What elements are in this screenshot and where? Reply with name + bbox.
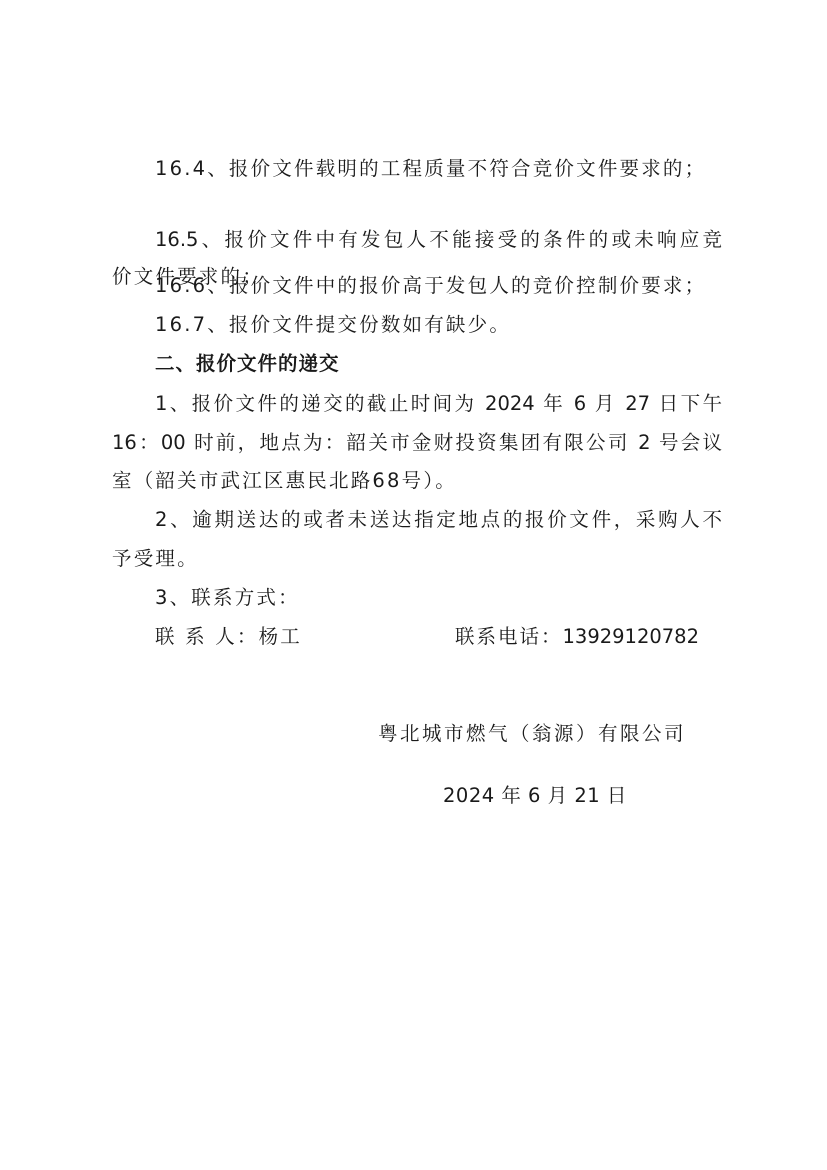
contact-phone-number: 13929120782 xyxy=(563,625,699,648)
paragraph-1-line2: 16：00 时前，地点为：韶关市金财投资集团有限公司 2 号会议 xyxy=(112,431,722,455)
contact-person-label: 联 系 人： xyxy=(155,625,259,648)
paragraph-1-line1: 1、报价文件的递交的截止时间为 2024 年 6 月 27 日下午 xyxy=(155,392,722,416)
paragraph-2-line2: 予受理。 xyxy=(112,547,199,571)
contact-phone: 联系电话：13929120782 xyxy=(455,625,699,649)
section-heading: 二、报价文件的递交 xyxy=(155,352,340,376)
clause-16-6: 16.6、报价文件中的报价高于发包人的竞价控制价要求； xyxy=(155,274,706,298)
paragraph-1-line3: 室（韶关市武江区惠民北路68号）。 xyxy=(112,469,457,493)
paragraph-2-line1: 2、逾期送达的或者未送达指定地点的报价文件，采购人不 xyxy=(155,508,722,532)
clause-16-5-line1: 16.5、报价文件中有发包人不能接受的条件的或未响应竞 xyxy=(155,228,722,252)
signature-company: 粤北城市燃气（翁源）有限公司 xyxy=(378,722,686,746)
paragraph-3: 3、联系方式： xyxy=(155,586,300,610)
contact-person-name: 杨工 xyxy=(259,625,302,648)
signature-date: 2024 年 6 月 21 日 xyxy=(443,784,627,808)
contact-person: 联 系 人：杨工 xyxy=(155,625,302,649)
contact-phone-label: 联系电话： xyxy=(455,625,563,648)
clause-16-4: 16.4、报价文件载明的工程质量不符合竞价文件要求的； xyxy=(155,157,706,181)
clause-16-7: 16.7、报价文件提交份数如有缺少。 xyxy=(155,313,511,337)
